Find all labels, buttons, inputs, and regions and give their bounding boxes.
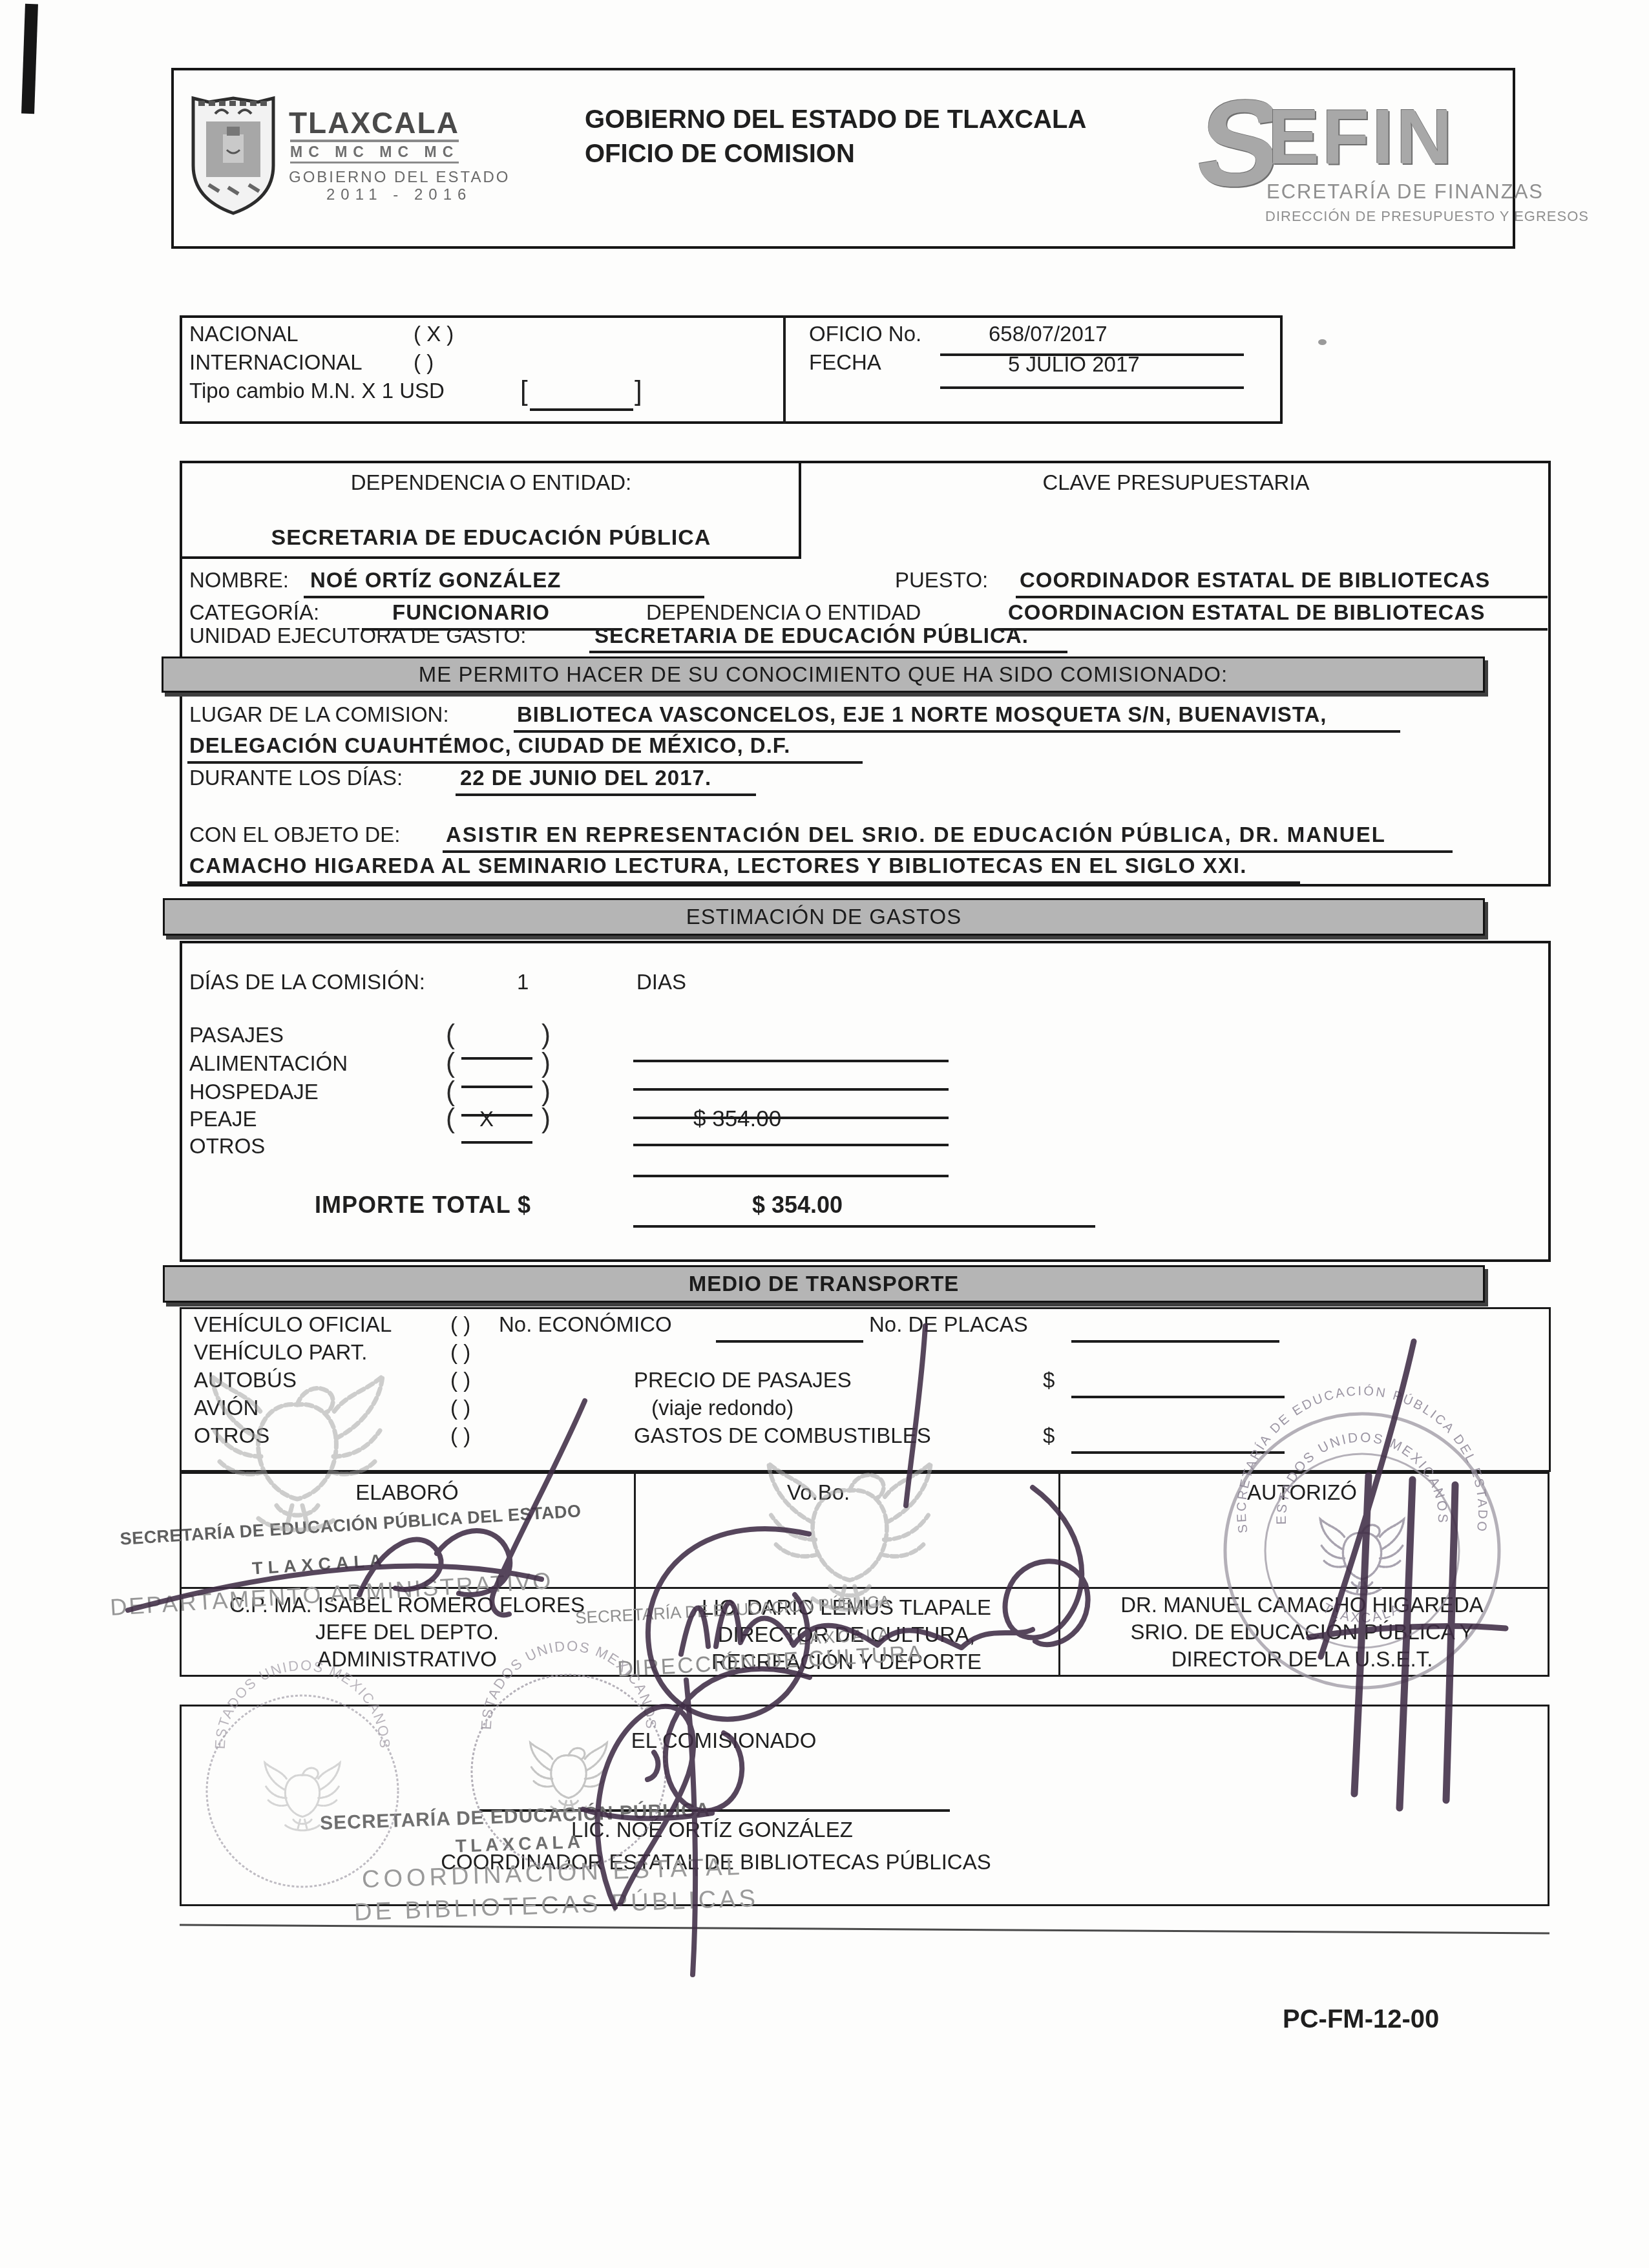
otros-transporte-checkbox: ( ) (450, 1423, 470, 1449)
hospedaje-paren-open: ( (446, 1076, 455, 1106)
peaje-paren-close: ) (541, 1104, 551, 1133)
peaje-amount-line (633, 1144, 949, 1146)
hospedaje-paren-close: ) (541, 1076, 551, 1106)
avion-checkbox: ( ) (450, 1395, 470, 1421)
peaje-paren-open: ( (446, 1104, 455, 1133)
nacional-label: NACIONAL (189, 321, 299, 347)
no-economico-label: No. ECONÓMICO (499, 1312, 672, 1338)
otros-amount-line (633, 1175, 949, 1177)
internacional-label: INTERNACIONAL (189, 350, 362, 375)
dias-comision-value: 1 (517, 969, 529, 995)
scanned-document-page: TLAXCALA MC MC MC MC GOBIERNO DEL ESTADO… (0, 0, 1649, 2268)
durante-underline (456, 793, 756, 796)
combustibles-dollar: $ (1043, 1423, 1055, 1449)
comisionado-banner-text: ME PERMITO HACER DE SU CONOCIMIENTO QUE … (419, 662, 1228, 687)
objeto-value-line1: ASISTIR EN REPRESENTACIÓN DEL SRIO. DE E… (446, 822, 1386, 848)
nombre-label: NOMBRE: (189, 567, 289, 593)
tlaxcala-logo-line2: 2011 - 2016 (326, 182, 472, 208)
scan-speck (1318, 339, 1327, 345)
tlaxcala-shield-icon (189, 94, 277, 217)
unidad-ejecutora-label: UNIDAD EJECUTORA DE GASTO: (189, 623, 526, 649)
elaboro-line2: JEFE DEL DEPTO. (315, 1619, 499, 1645)
viaje-redondo-label: (viaje redondo) (651, 1395, 793, 1421)
objeto-value-line2: CAMACHO HIGAREDA AL SEMINARIO LECTURA, L… (189, 853, 1247, 879)
durante-value: 22 DE JUNIO DEL 2017. (460, 765, 711, 791)
tipo-cambio-bracket-open: [ (520, 378, 528, 404)
gasto-row-label-hospedaje: HOSPEDAJE (189, 1079, 319, 1105)
pasajes-paren-close: ) (541, 1020, 551, 1049)
no-placas-line (1071, 1340, 1279, 1343)
lugar-underline-2 (187, 761, 863, 764)
alimentacion-paren-close: ) (541, 1048, 551, 1078)
combustibles-line (1071, 1451, 1285, 1454)
comisionado-banner: ME PERMITO HACER DE SU CONOCIMIENTO QUE … (162, 656, 1485, 693)
document-title-line2: OFICIO DE COMISION (585, 141, 855, 167)
dias-comision-unit: DIAS (636, 969, 686, 995)
precio-pasajes-label: PRECIO DE PASAJES (634, 1367, 852, 1393)
dependencia-label: DEPENDENCIA O ENTIDAD: (351, 470, 632, 496)
puesto-value: COORDINADOR ESTATAL DE BIBLIOTECAS (1020, 567, 1490, 593)
pasajes-mark-line (461, 1057, 532, 1060)
importe-total-label: IMPORTE TOTAL $ (315, 1192, 531, 1218)
dependencia-entidad-label: DEPENDENCIA O ENTIDAD (646, 600, 921, 625)
gasto-row-label-peaje: PEAJE (189, 1106, 257, 1132)
puesto-label: PUESTO: (895, 567, 988, 593)
objeto-underline-2 (187, 881, 1300, 884)
objeto-label: CON EL OBJETO DE: (189, 822, 400, 848)
autobus-label: AUTOBÚS (194, 1367, 297, 1393)
hospedaje-mark-line (461, 1114, 532, 1117)
dependencia-entidad-underline (998, 628, 1548, 631)
categoria-label: CATEGORÍA: (189, 600, 319, 625)
gasto-row-label-alimentacion: ALIMENTACIÓN (189, 1051, 348, 1076)
precio-pasajes-dollar: $ (1043, 1367, 1055, 1393)
dias-comision-label: DÍAS DE LA COMISIÓN: (189, 969, 425, 995)
fecha-value: 5 JULIO 2017 (1008, 352, 1140, 377)
pasajes-paren-open: ( (446, 1020, 455, 1049)
no-placas-label: No. DE PLACAS (869, 1312, 1028, 1338)
unidad-ejecutora-value: SECRETARIA DE EDUCACIÓN PÚBLICA. (594, 623, 1029, 649)
autobus-checkbox: ( ) (450, 1367, 470, 1393)
scope-box-divider (783, 315, 786, 424)
fecha-underline (940, 386, 1244, 389)
elaboro-title: ELABORÓ (355, 1480, 459, 1506)
dependencia-entidad-value: COORDINACION ESTATAL DE BIBLIOTECAS (1008, 600, 1485, 625)
tipo-cambio-bracket-close: ] (635, 378, 642, 404)
gastos-banner: ESTIMACIÓN DE GASTOS (163, 898, 1485, 936)
fecha-label: FECHA (809, 350, 881, 375)
nombre-underline (304, 596, 704, 598)
nacional-checkbox: ( X ) (414, 321, 454, 347)
durante-label: DURANTE LOS DÍAS: (189, 765, 403, 791)
document-title-line1: GOBIERNO DEL ESTADO DE TLAXCALA (585, 107, 1086, 132)
gasto-row-label-otros: OTROS (189, 1133, 265, 1159)
precio-pasajes-line (1071, 1396, 1285, 1398)
dependencia-value: SECRETARIA DE EDUCACIÓN PÚBLICA (271, 525, 711, 551)
no-economico-line (716, 1340, 863, 1343)
scan-artifact-corner (21, 4, 38, 114)
vehiculo-part-label: VEHÍCULO PART. (194, 1339, 367, 1365)
oficio-no-label: OFICIO No. (809, 321, 921, 347)
autorizo-name: DR. MANUEL CAMACHO HIGAREDA (1120, 1592, 1484, 1618)
combustibles-label: GASTOS DE COMBUSTIBLES (634, 1423, 931, 1449)
alimentacion-amount-line (633, 1088, 949, 1091)
importe-total-value: $ 354.00 (752, 1192, 843, 1218)
autorizo-title: AUTORIZÓ (1247, 1480, 1357, 1506)
lugar-value-line2: DELEGACIÓN CUAUHTÉMOC, CIUDAD DE MÉXICO,… (189, 733, 791, 759)
peaje-mark: X (479, 1106, 494, 1132)
peaje-mark-line (461, 1141, 532, 1144)
sefin-logo-efin: EFIN (1268, 97, 1455, 178)
vehiculo-part-checkbox: ( ) (450, 1339, 470, 1365)
nombre-value: NOÉ ORTÍZ GONZÁLEZ (310, 567, 561, 593)
importe-total-underline (633, 1225, 1095, 1228)
gastos-banner-text: ESTIMACIÓN DE GASTOS (686, 905, 961, 929)
unidad-ejecutora-underline (589, 651, 1067, 653)
hospedaje-amount-line (633, 1117, 949, 1119)
alimentacion-paren-open: ( (446, 1048, 455, 1078)
gasto-row-label-pasajes: PASAJES (189, 1022, 284, 1048)
elaboro-line3: ADMINISTRATIVO (317, 1646, 497, 1672)
otros-transporte-label: OTROS (194, 1423, 269, 1449)
vehiculo-oficial-label: VEHÍCULO OFICIAL (194, 1312, 392, 1338)
alimentacion-mark-line (461, 1086, 532, 1088)
autorizo-line3: DIRECTOR DE LA U.S.E.T. (1171, 1646, 1433, 1672)
puesto-underline (1016, 596, 1548, 598)
lugar-label: LUGAR DE LA COMISION: (189, 702, 449, 728)
firmas-col-divider-1 (634, 1472, 636, 1677)
sefin-logo-line1: ECRETARÍA DE FINANZAS (1266, 179, 1544, 205)
form-code: PC-FM-12-00 (1283, 2006, 1439, 2032)
tlaxcala-logo-name: TLAXCALA (289, 110, 459, 136)
tlaxcala-logo-deco: MC MC MC MC (290, 140, 459, 163)
internacional-checkbox: ( ) (414, 350, 434, 375)
vobo-title: Vo.Bo. (787, 1480, 850, 1506)
transporte-banner: MEDIO DE TRANSPORTE (163, 1265, 1485, 1303)
avion-label: AVIÓN (194, 1395, 258, 1421)
tipo-cambio-label: Tipo cambio M.N. X 1 USD (189, 378, 445, 404)
clave-presupuestaria-label: CLAVE PRESUPUESTARIA (1042, 470, 1309, 496)
tipo-cambio-line (530, 408, 633, 411)
comisionado-title: EL COMISIONADO (631, 1728, 817, 1754)
sefin-logo-line2: DIRECCIÓN DE PRESUPUESTO Y EGRESOS (1265, 204, 1589, 229)
transporte-banner-text: MEDIO DE TRANSPORTE (689, 1272, 960, 1296)
oficio-no-value: 658/07/2017 (989, 321, 1108, 347)
vehiculo-oficial-checkbox: ( ) (450, 1312, 470, 1338)
pasajes-amount-line (633, 1060, 949, 1062)
categoria-value: FUNCIONARIO (392, 600, 550, 625)
lugar-value-line1: BIBLIOTECA VASCONCELOS, EJE 1 NORTE MOSQ… (517, 702, 1327, 728)
peaje-amount: $ 354.00 (693, 1106, 781, 1132)
firmas-col-divider-2 (1058, 1472, 1060, 1677)
autorizo-line2: SRIO. DE EDUCACIÓN PÚBLICA Y (1130, 1619, 1473, 1645)
